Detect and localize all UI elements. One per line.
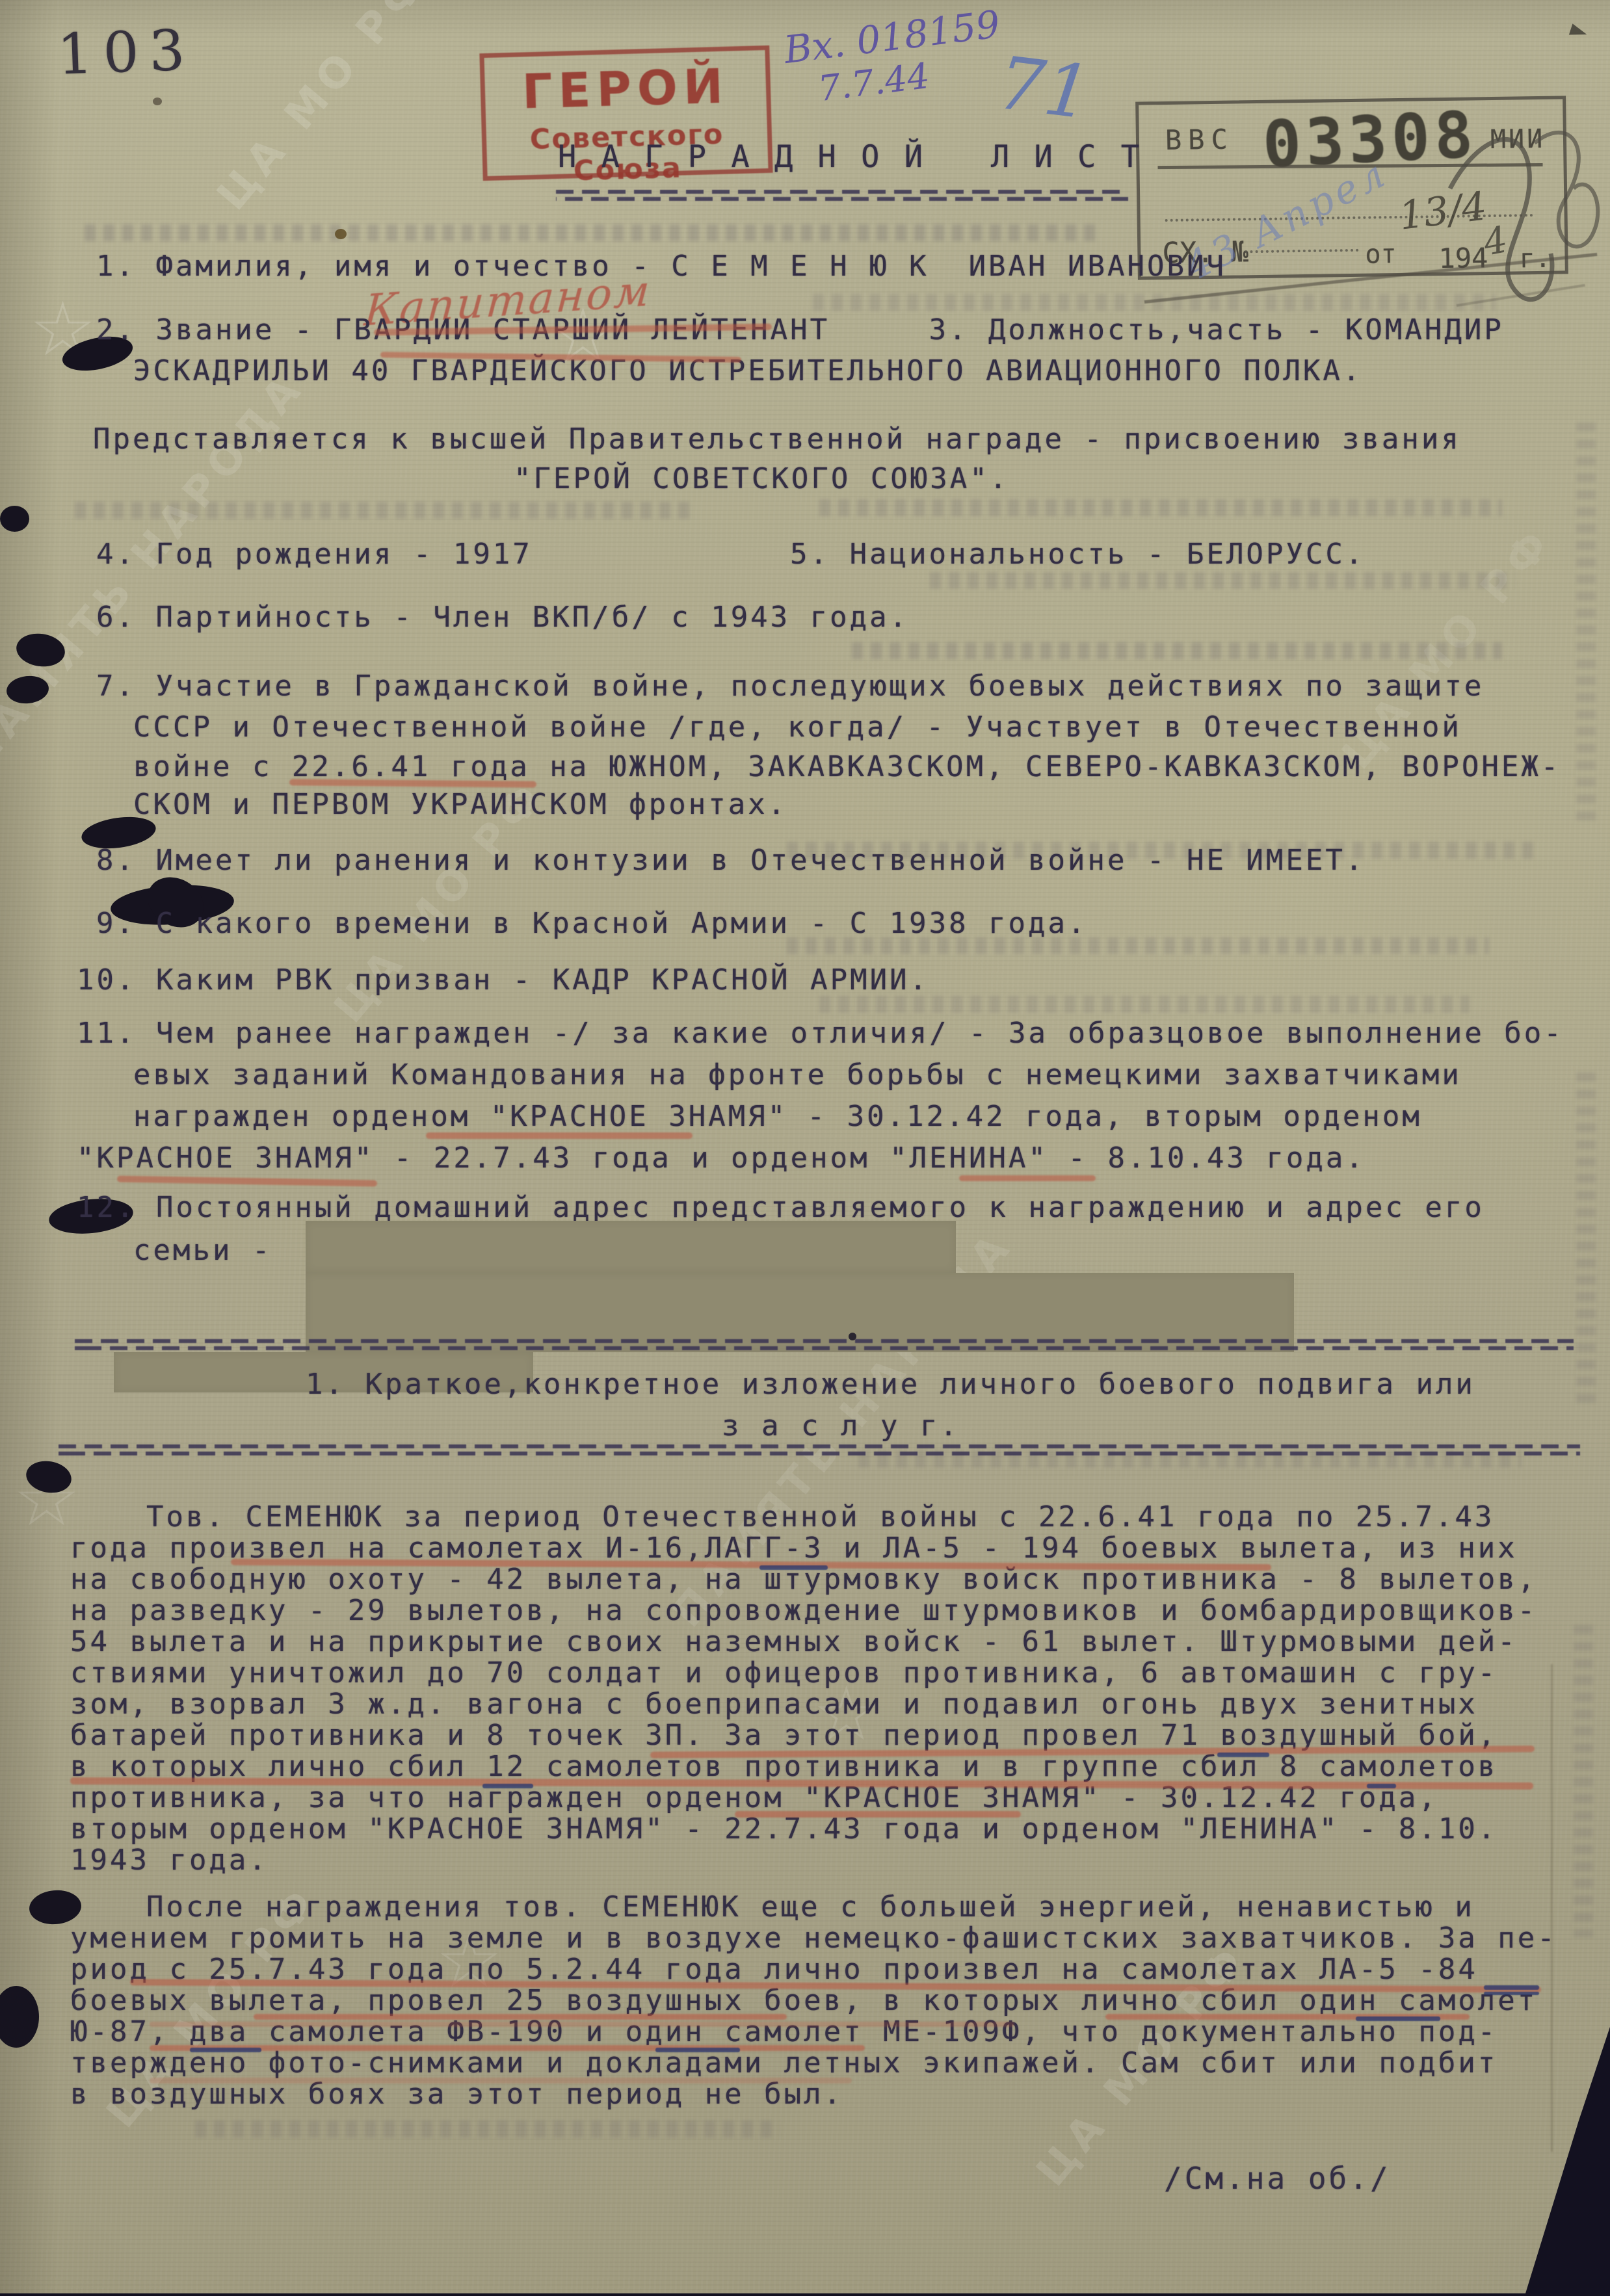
field-prior-awards: евых заданий Командования на фронте борь… [133, 1061, 1462, 1089]
blue-underline [759, 1565, 828, 1570]
red-underline [254, 2014, 787, 2020]
bleedthrough-text [195, 2120, 780, 2137]
citation-line: 1943 года. [70, 1846, 269, 1875]
red-underline [426, 1132, 693, 1139]
field-party: 6. Партийность - Член ВКП/б/ с 1943 года… [96, 603, 909, 632]
field-war-participation: 7. Участие в Гражданской войне, последую… [96, 672, 1484, 701]
bleedthrough-text [75, 502, 693, 519]
citation-line: в воздушных боях за этот период не был. [70, 2080, 843, 2109]
bleedthrough-text [930, 572, 1515, 589]
citation-line: вторым орденом "КРАСНОЕ ЗНАМЯ" - 22.7.43… [70, 1815, 1498, 1844]
blue-underline [1356, 2016, 1440, 2021]
field-prior-awards: награжден орденом "КРАСНОЕ ЗНАМЯ" - 30.1… [133, 1102, 1422, 1131]
field-prior-awards: 11. Чем ранее награжден -/ за какие отли… [77, 1019, 1564, 1048]
document-title: Н А Г Р А Д Н О Й Л И С Т [558, 142, 1142, 172]
blue-underline [190, 2048, 261, 2052]
field-war-participation: войне с 22.6.41 года на ЮЖНОМ, ЗАКАВКАЗС… [133, 753, 1561, 781]
field-prior-awards: "КРАСНОЕ ЗНАМЯ" - 22.7.43 года и орденом… [77, 1144, 1366, 1173]
bleedthrough-text [1576, 1073, 1596, 1411]
field-home-address: семьи - [133, 1236, 272, 1265]
field-war-participation: СССР и Отечественной войне /где, когда/ … [133, 713, 1462, 742]
bleedthrough-text [1574, 1625, 1593, 1937]
citation-line: батарей противника и 8 точек ЗП. За этот… [70, 1721, 1498, 1750]
red-underline [150, 2078, 852, 2083]
page-number: 103 [57, 22, 196, 83]
citation-line: на разведку - 29 вылетов, на сопровожден… [70, 1597, 1537, 1625]
field-name: 1. Фамилия, имя и отчество - С Е М Е Н Ю… [96, 252, 1226, 281]
paper-speck [153, 98, 162, 105]
stamp-ot-label: от [1365, 239, 1397, 270]
field-service-since: 9. С какого времени в Красной Армии - С … [96, 909, 1088, 938]
separator-rule [75, 1339, 1574, 1350]
bleedthrough-text [819, 996, 1470, 1013]
blue-underline [482, 1784, 533, 1788]
bleedthrough-text [85, 224, 1099, 241]
pencil-signature [1431, 98, 1610, 312]
citation-line: ствиями уничтожил до 70 солдат и офицеро… [70, 1659, 1498, 1688]
section-heading: з а с л у г. [722, 1412, 960, 1441]
field-rank-and-unit: ЭСКАДРИЛЬИ 40 ГВАРДЕЙСКОГО ИСТРЕБИТЕЛЬНО… [133, 357, 1362, 385]
field-rank-and-unit: 2. Звание - ГВАРДИИ СТАРШИЙ ЛЕЙТЕНАНТ 3.… [96, 316, 1504, 345]
paper-speck [335, 229, 347, 239]
field-wounds: 8. Имеет ли ранения и контузии в Отечест… [96, 846, 1365, 875]
scanned-award-document: { "page": {"number": "103", "footer_note… [0, 0, 1610, 2296]
field-drafted-by: 10. Каким РВК призван - КАДР КРАСНОЙ АРМ… [77, 966, 929, 995]
blue-pencil-number: 71 [994, 47, 1095, 131]
redaction-block [306, 1221, 956, 1273]
blue-underline [1484, 1985, 1539, 1990]
blue-underline [1484, 1992, 1539, 1995]
stamp-text: ГЕРОЙ [484, 58, 767, 121]
red-underline [959, 1175, 1096, 1181]
field-birth-nationality: 4. Год рождения - 1917 5. Национальность… [96, 540, 1365, 569]
field-home-address: 12. Постоянный домашний адрес представля… [77, 1194, 1485, 1222]
blue-underline [655, 2048, 740, 2052]
separator-rule [556, 190, 1128, 201]
field-war-participation: СКОМ и ПЕРВОМ УКРАИНСКОМ фронтах. [133, 790, 787, 819]
paper-crease [1551, 1664, 1553, 2152]
blue-underline [1217, 1753, 1269, 1757]
citation-line: 54 вылета и на прикрытие своих наземных … [70, 1628, 1518, 1656]
bleedthrough-text [852, 642, 1502, 659]
blue-underline [1367, 1784, 1396, 1788]
see-reverse-note: /См.на об./ [1164, 2163, 1391, 2193]
red-underline [735, 1811, 1021, 1818]
citation-line: умением громить на земле и в воздухе нем… [70, 1924, 1557, 1953]
section-heading: 1. Краткое,конкретное изложение личного … [306, 1370, 1475, 1399]
bleedthrough-text [1576, 423, 1596, 826]
separator-rule [59, 1444, 1580, 1455]
citation-line: Тов. СЕМЕНЮК за период Отечественной вой… [146, 1503, 1494, 1532]
bleedthrough-text [819, 499, 1502, 516]
presentation-line: "ГЕРОЙ СОВЕТСКОГО СОЮЗА". [514, 465, 1009, 493]
red-underline [150, 2022, 1014, 2027]
citation-line: После награждения тов. СЕМЕНЮК еще с бол… [146, 1893, 1475, 1922]
citation-line: тверждено фото-снимками и докладами летн… [70, 2049, 1498, 2078]
citation-line: зом, взорвал 3 ж.д. вагона с боеприпасам… [70, 1690, 1478, 1719]
ink-blot [0, 506, 29, 532]
stamp-org-left: ВВС [1165, 124, 1235, 156]
presentation-line: Представляется к высшей Правительственно… [93, 425, 1461, 454]
